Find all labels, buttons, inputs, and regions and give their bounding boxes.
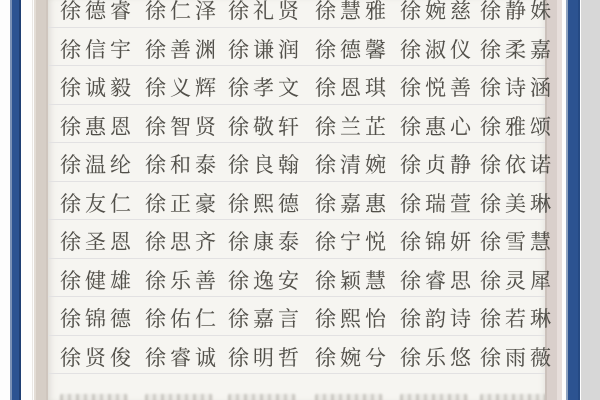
- name-item: 徐熙德: [228, 194, 303, 215]
- name-item: 徐颖慧: [315, 271, 390, 292]
- name-item: 徐健雄: [60, 271, 135, 292]
- name-item: 徐仁泽: [145, 1, 220, 22]
- name-item: 徐德馨: [315, 40, 390, 61]
- name-item: 徐康泰: [228, 232, 303, 253]
- name-item: 徐逸安: [228, 271, 303, 292]
- name-item: 徐德睿: [60, 1, 135, 22]
- cutoff-name-smudge: [60, 394, 128, 400]
- name-item: 徐婉慈: [400, 1, 475, 22]
- name-row: 徐锦德徐佑仁徐嘉言徐熙怡徐韵诗徐若琳: [48, 297, 545, 336]
- name-item: 徐嘉惠: [315, 194, 390, 215]
- name-item: 徐淑仪: [400, 40, 475, 61]
- name-item: 徐美琳: [480, 194, 555, 215]
- name-item: 徐善渊: [145, 40, 220, 61]
- name-item: 徐熙怡: [315, 309, 390, 330]
- name-item: 徐依诺: [480, 155, 555, 176]
- frame-inner-line: [32, 0, 33, 400]
- paper-mat-left: [34, 0, 48, 400]
- name-item: 徐兰芷: [315, 117, 390, 138]
- name-row: 徐德睿徐仁泽徐礼贤徐慧雅徐婉慈徐静姝: [48, 0, 545, 28]
- name-item: 徐惠恩: [60, 117, 135, 138]
- cutoff-name-smudge: [145, 394, 213, 400]
- name-item: 徐雨薇: [480, 348, 555, 369]
- name-item: 徐良翰: [228, 155, 303, 176]
- name-item: 徐嘉言: [228, 309, 303, 330]
- name-item: 徐灵犀: [480, 271, 555, 292]
- name-item: 徐乐悠: [400, 348, 475, 369]
- name-item: 徐睿思: [400, 271, 475, 292]
- name-item: 徐正豪: [145, 194, 220, 215]
- name-item: 徐锦德: [60, 309, 135, 330]
- name-item: 徐信宇: [60, 40, 135, 61]
- name-item: 徐佑仁: [145, 309, 220, 330]
- name-item: 徐雪慧: [480, 232, 555, 253]
- name-item: 徐锦妍: [400, 232, 475, 253]
- outer-background-right: [581, 0, 600, 400]
- name-item: 徐礼贤: [228, 1, 303, 22]
- blue-frame-bar-left: [10, 0, 21, 400]
- name-item: 徐雅颂: [480, 117, 555, 138]
- name-row: 徐信宇徐善渊徐谦润徐德馨徐淑仪徐柔嘉: [48, 28, 545, 67]
- name-item: 徐宁悦: [315, 232, 390, 253]
- name-row: 徐温纶徐和泰徐良翰徐清婉徐贞静徐依诺: [48, 143, 545, 182]
- name-item: 徐贞静: [400, 155, 475, 176]
- name-item: 徐明哲: [228, 348, 303, 369]
- name-item: 徐瑞萱: [400, 194, 475, 215]
- name-item: 徐恩琪: [315, 78, 390, 99]
- name-row: 徐贤俊徐睿诚徐明哲徐婉兮徐乐悠徐雨薇: [48, 336, 545, 375]
- name-item: 徐惠心: [400, 117, 475, 138]
- name-item: 徐柔嘉: [480, 40, 555, 61]
- name-item: 徐慧雅: [315, 1, 390, 22]
- name-item: 徐婉兮: [315, 348, 390, 369]
- name-item: 徐和泰: [145, 155, 220, 176]
- name-item: 徐清婉: [315, 155, 390, 176]
- name-row: 徐健雄徐乐善徐逸安徐颖慧徐睿思徐灵犀: [48, 259, 545, 298]
- cutoff-name-smudge: [228, 394, 296, 400]
- name-item: 徐贤俊: [60, 348, 135, 369]
- name-item: 徐若琳: [480, 309, 555, 330]
- cutoff-name-smudge: [400, 394, 468, 400]
- paper-sheet: 徐德睿徐仁泽徐礼贤徐慧雅徐婉慈徐静姝徐信宇徐善渊徐谦润徐德馨徐淑仪徐柔嘉徐诚毅徐…: [48, 0, 545, 400]
- cutoff-name-smudge: [480, 394, 545, 400]
- name-row: 徐友仁徐正豪徐熙德徐嘉惠徐瑞萱徐美琳: [48, 182, 545, 221]
- name-item: 徐孝文: [228, 78, 303, 99]
- name-item: 徐友仁: [60, 194, 135, 215]
- name-item: 徐乐善: [145, 271, 220, 292]
- name-item: 徐诚毅: [60, 78, 135, 99]
- name-item: 徐温纶: [60, 155, 135, 176]
- name-item: 徐思齐: [145, 232, 220, 253]
- name-item: 徐敬轩: [228, 117, 303, 138]
- cutoff-name-smudge: [315, 394, 383, 400]
- name-row: 徐圣恩徐思齐徐康泰徐宁悦徐锦妍徐雪慧: [48, 220, 545, 259]
- partial-next-row: [48, 392, 545, 400]
- name-item: 徐悦善: [400, 78, 475, 99]
- name-item: 徐义辉: [145, 78, 220, 99]
- name-row: 徐诚毅徐义辉徐孝文徐恩琪徐悦善徐诗涵: [48, 66, 545, 105]
- name-item: 徐静姝: [480, 1, 555, 22]
- name-row: 徐惠恩徐智贤徐敬轩徐兰芷徐惠心徐雅颂: [48, 105, 545, 144]
- names-grid: 徐德睿徐仁泽徐礼贤徐慧雅徐婉慈徐静姝徐信宇徐善渊徐谦润徐德馨徐淑仪徐柔嘉徐诚毅徐…: [48, 0, 545, 374]
- name-item: 徐智贤: [145, 117, 220, 138]
- name-item: 徐韵诗: [400, 309, 475, 330]
- name-item: 徐圣恩: [60, 232, 135, 253]
- name-item: 徐谦润: [228, 40, 303, 61]
- framed-name-list-image: 徐德睿徐仁泽徐礼贤徐慧雅徐婉慈徐静姝徐信宇徐善渊徐谦润徐德馨徐淑仪徐柔嘉徐诚毅徐…: [0, 0, 600, 400]
- blue-frame-bar-right: [566, 0, 580, 400]
- name-item: 徐诗涵: [480, 78, 555, 99]
- name-item: 徐睿诚: [145, 348, 220, 369]
